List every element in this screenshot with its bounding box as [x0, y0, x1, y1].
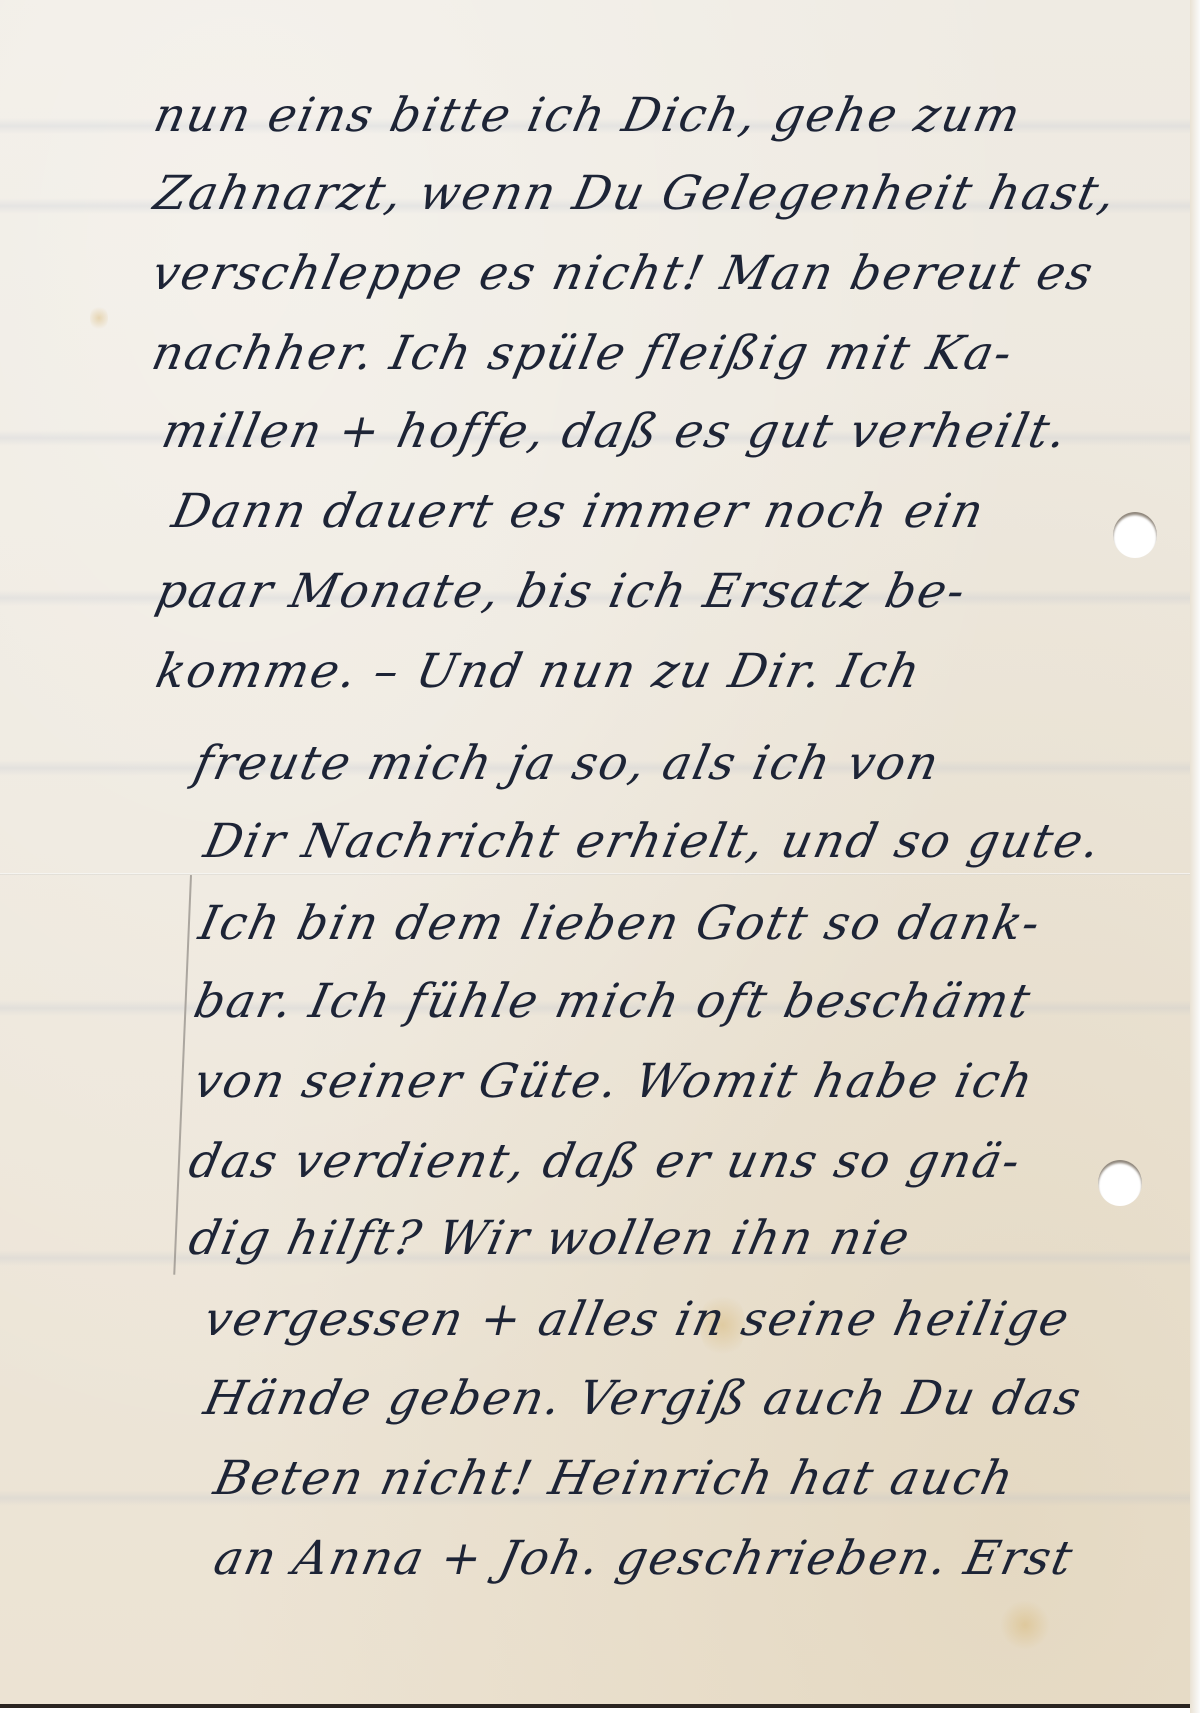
text-line: verschleppe es nicht! Man bereut es	[148, 250, 1098, 297]
text-line: nachher. Ich spüle fleißig mit Ka-	[148, 330, 1018, 377]
text-line: das verdient, daß er uns so gnä-	[185, 1138, 1026, 1185]
text-line: dig hilft? Wir wollen ihn nie	[185, 1215, 915, 1262]
handwritten-text: nun eins bitte ich Dich, gehe zum Zahnar…	[0, 0, 1190, 1713]
text-line: Zahnarzt, wenn Du Gelegenheit hast,	[150, 170, 1121, 217]
text-line: Hände geben. Vergiß auch Du das	[200, 1375, 1086, 1422]
text-line: Beten nicht! Heinrich hat auch	[210, 1455, 1019, 1502]
text-line: nun eins bitte ich Dich, gehe zum	[150, 92, 1026, 139]
text-line: millen + hoffe, daß es gut verheilt.	[158, 408, 1072, 455]
text-line: vergessen + alles in seine heilige	[200, 1296, 1075, 1343]
text-line: von seiner Güte. Womit habe ich	[190, 1058, 1039, 1105]
scan-edge	[1190, 0, 1200, 1713]
text-line: Dir Nachricht erhielt, und so gute.	[200, 818, 1106, 865]
text-line: Dann dauert es immer noch ein	[168, 488, 989, 535]
text-line: Ich bin dem lieben Gott so dank-	[195, 900, 1046, 947]
text-line: komme. – Und nun zu Dir. Ich	[152, 648, 926, 695]
text-line: bar. Ich fühle mich oft beschämt	[190, 978, 1036, 1025]
text-line: paar Monate, bis ich Ersatz be-	[152, 568, 971, 615]
text-line: an Anna + Joh. geschrieben. Erst	[210, 1535, 1078, 1582]
text-line: freute mich ja so, als ich von	[190, 740, 944, 787]
